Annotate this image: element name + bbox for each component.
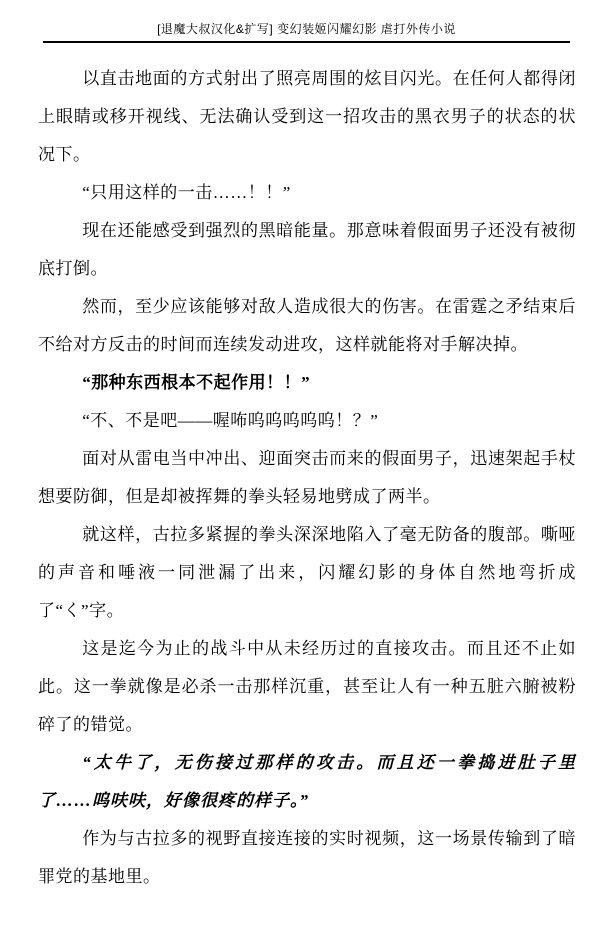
paragraph: 然而，至少应该能够对敌人造成很大的伤害。在雷霆之矛结束后不给对方反击的时间而连续… bbox=[38, 288, 576, 364]
paragraph: 现在还能感受到强烈的黑暗能量。那意味着假面男子还没有被彻底打倒。 bbox=[38, 212, 576, 288]
paragraph: 就这样，古拉多紧握的拳头深深地陷入了毫无防备的腹部。嘶哑的声音和唾液一同泄漏了出… bbox=[38, 516, 576, 630]
paragraph: 面对从雷电当中冲出、迎面突击而来的假面男子，迅速架起手杖想要防御，但是却被挥舞的… bbox=[38, 440, 576, 516]
dialogue-paragraph: “不、不是吧——喔咘呜呜呜呜呜！？” bbox=[38, 402, 576, 440]
paragraph: 以直击地面的方式射出了照亮周围的炫目闪光。在任何人都得闭上眼睛或移开视线、无法确… bbox=[38, 60, 576, 174]
novel-body: 以直击地面的方式射出了照亮周围的炫目闪光。在任何人都得闭上眼睛或移开视线、无法确… bbox=[38, 43, 576, 896]
page-header-title: [退魔大叔汉化&扩写] 变幻装姬闪耀幻影 虐打外传小说 bbox=[43, 20, 570, 38]
paragraph: 作为与古拉多的视野直接连接的实时视频，这一场景传输到了暗罪党的基地里。 bbox=[38, 820, 576, 896]
dialogue-paragraph-bold: “那种东西根本不起作用！！” bbox=[38, 364, 576, 402]
paragraph: 这是迄今为止的战斗中从未经历过的直接攻击。而且还不止如此。这一拳就像是必杀一击那… bbox=[38, 630, 576, 744]
dialogue-paragraph: “只用这样的一击……！！” bbox=[38, 174, 576, 212]
page-header: [退魔大叔汉化&扩写] 变幻装姬闪耀幻影 虐打外传小说 bbox=[43, 0, 570, 43]
dialogue-paragraph-italic: “太牛了，无伤接过那样的攻击。而且还一拳捣进肚子里了……呜呋呋，好像很疼的样子。… bbox=[38, 744, 576, 820]
novel-page: [退魔大叔汉化&扩写] 变幻装姬闪耀幻影 虐打外传小说 以直击地面的方式射出了照… bbox=[0, 0, 614, 946]
